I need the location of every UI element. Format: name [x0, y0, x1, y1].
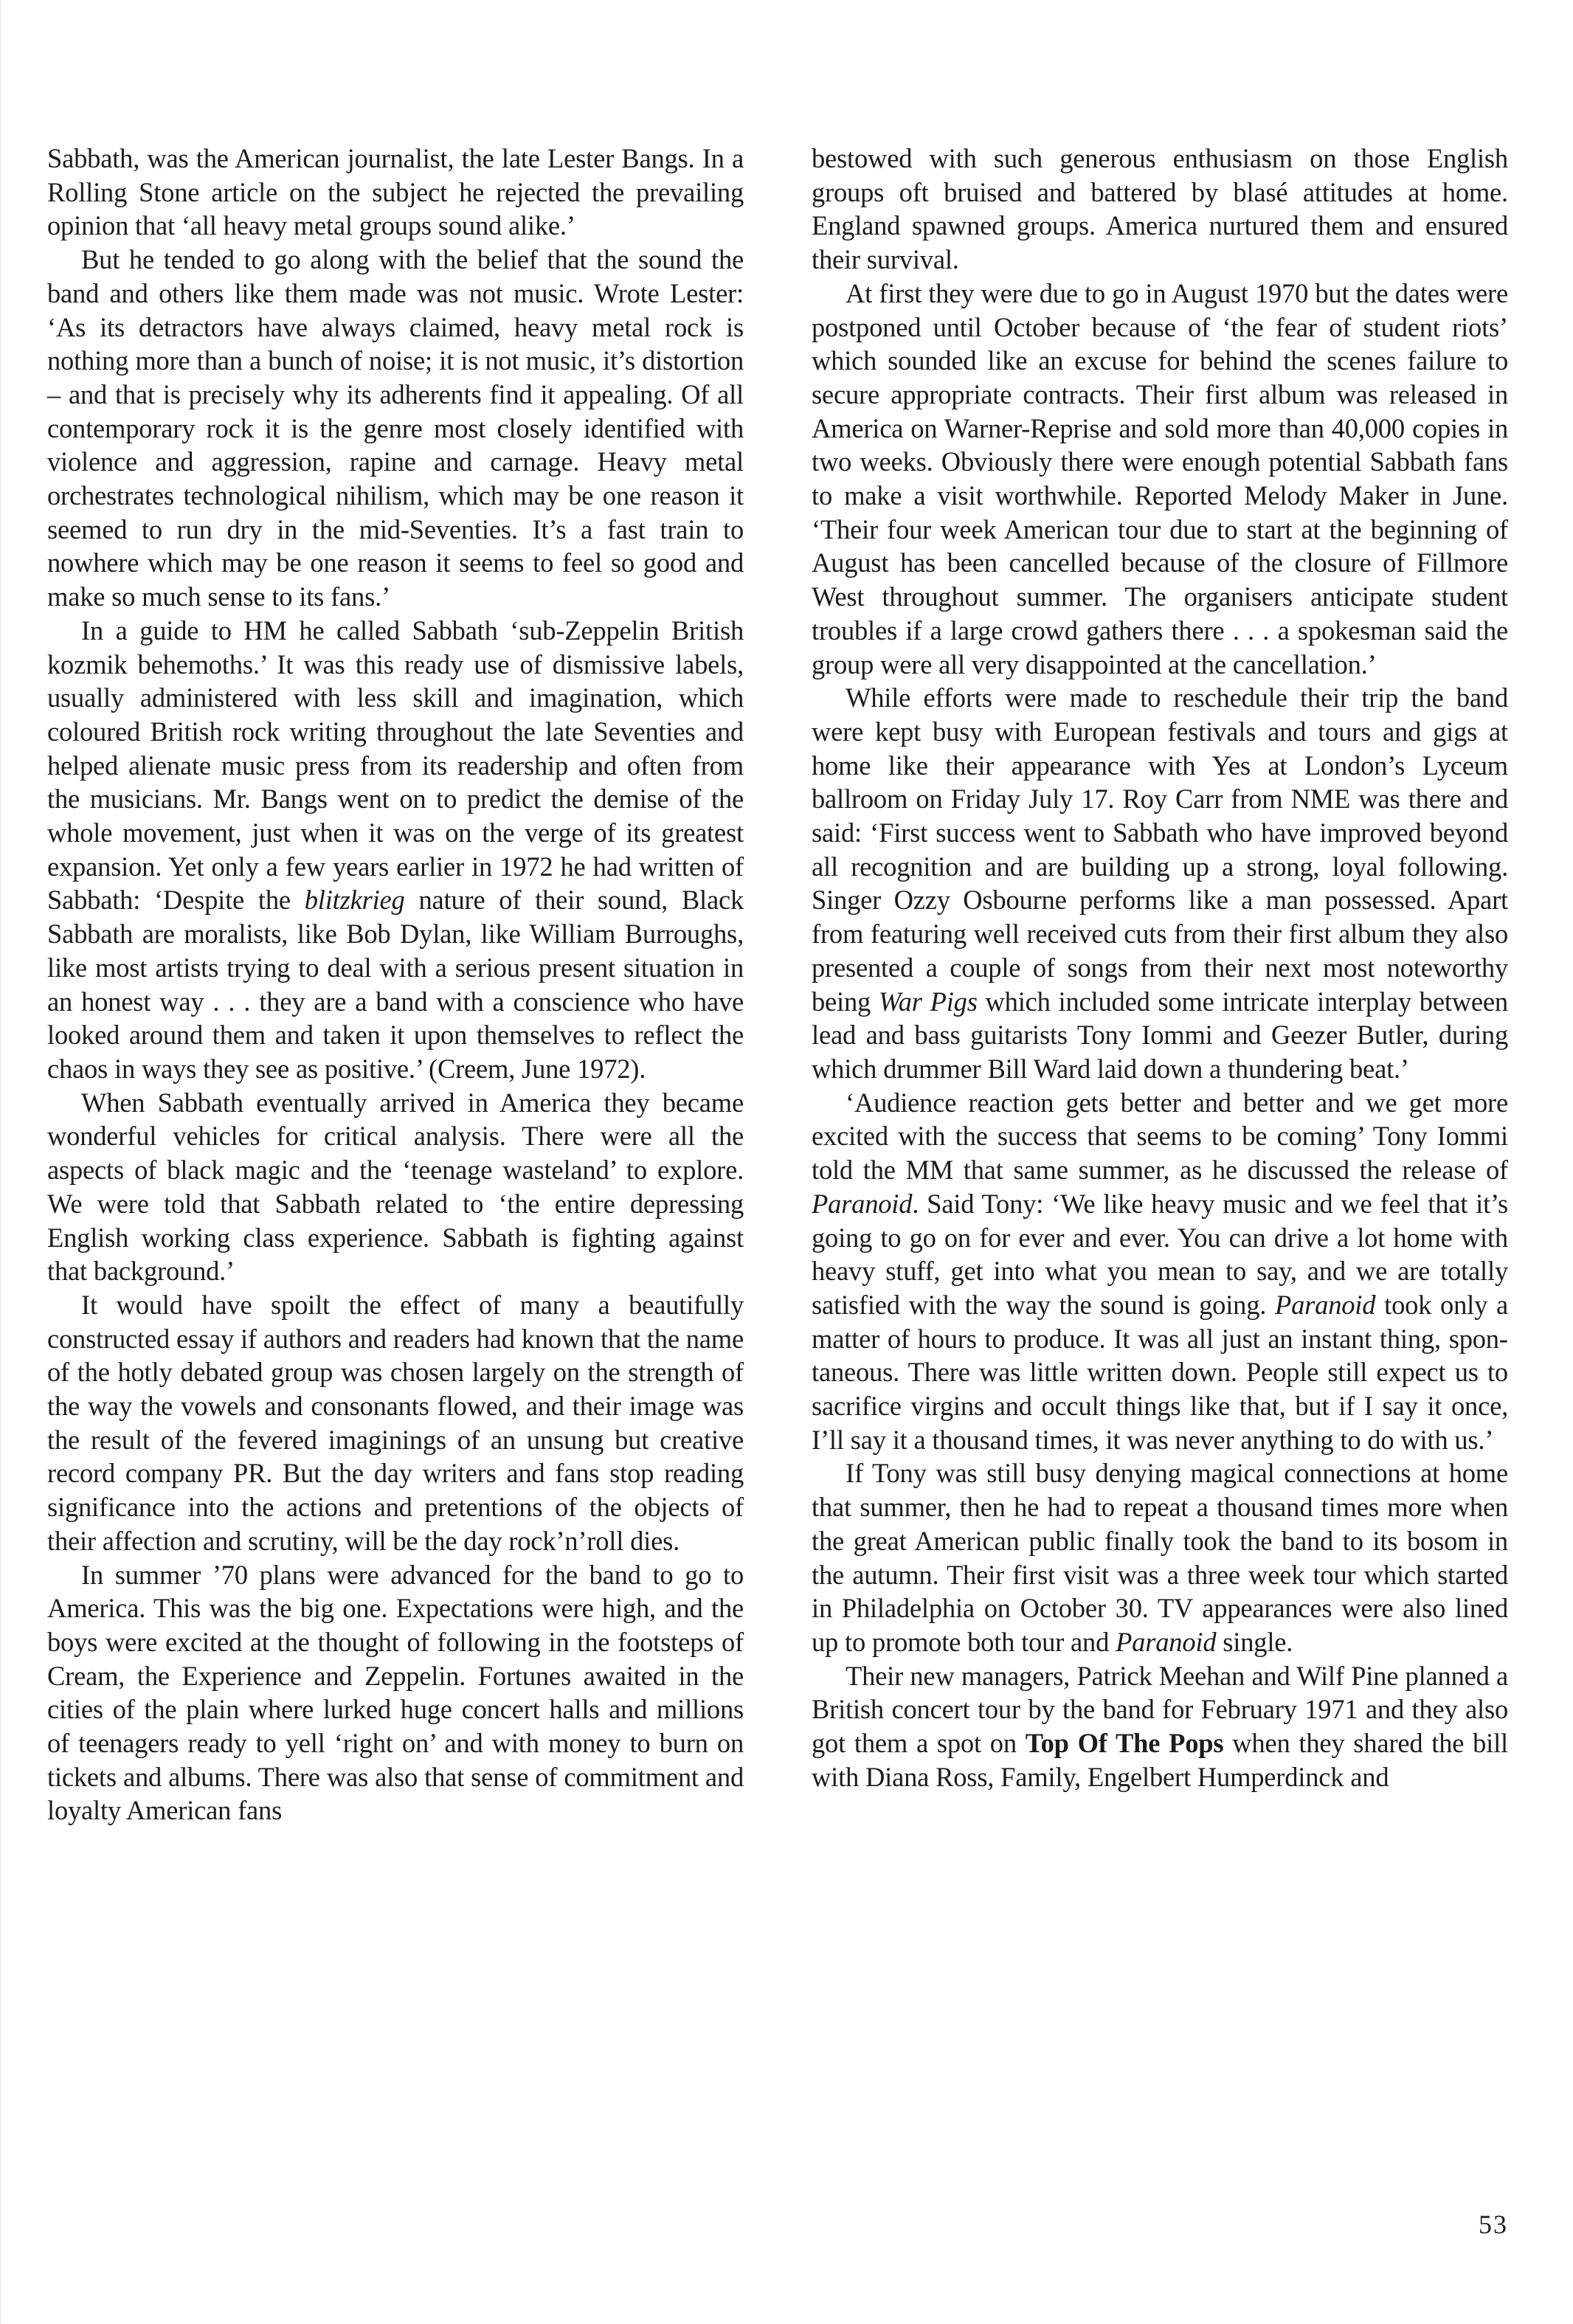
- text-italic: War Pigs: [879, 986, 978, 1017]
- text-run: In a guide to HM he called Sabbath ‘sub-…: [47, 615, 744, 916]
- paragraph: ‘Audience reaction gets better and bette…: [812, 1086, 1508, 1457]
- text-italic: Paranoid: [1116, 1627, 1216, 1657]
- page-number: 53: [1479, 2210, 1508, 2239]
- right-text-column: bestowed with such generous enthusiasm o…: [812, 142, 1508, 1794]
- paragraph: It would have spoilt the effect of many …: [47, 1288, 744, 1558]
- text-run: When Sabbath eventually arrived in Ameri…: [47, 1087, 744, 1287]
- text-italic: blitzkrieg: [305, 885, 405, 915]
- paragraph: But he tended to go along with the belie…: [47, 243, 744, 614]
- paragraph: Sabbath, was the American journalist, th…: [47, 142, 744, 243]
- text-run: ‘Audience reaction gets better and bette…: [812, 1087, 1508, 1185]
- text-run: Sabbath, was the American journalist, th…: [47, 143, 744, 241]
- paragraph: In a guide to HM he called Sabbath ‘sub-…: [47, 614, 744, 1086]
- text-run: But he tended to go along with the belie…: [47, 244, 744, 612]
- paragraph: If Tony was still busy denying magical c…: [812, 1456, 1508, 1659]
- text-run: bestowed with such generous enthusiasm o…: [812, 143, 1508, 274]
- text-italic: Paranoid: [1275, 1290, 1375, 1320]
- left-text-column: Sabbath, was the American journalist, th…: [47, 142, 744, 1827]
- text-run: While efforts were made to reschedule th…: [812, 682, 1508, 1016]
- text-run: single.: [1216, 1627, 1293, 1657]
- paragraph: bestowed with such generous enthusiasm o…: [812, 142, 1508, 277]
- page-edge-shadow: [0, 0, 2, 2324]
- text-italic: Paranoid: [812, 1189, 912, 1219]
- paragraph: In summer ’70 plans were advanced for th…: [47, 1558, 744, 1828]
- book-page: Sabbath, was the American journalist, th…: [0, 0, 1573, 2324]
- paragraph: At first they were due to go in August 1…: [812, 277, 1508, 681]
- text-bold: Top Of The Pops: [1026, 1728, 1224, 1758]
- text-run: In summer ’70 plans were advanced for th…: [47, 1560, 744, 1826]
- paragraph: While efforts were made to reschedule th…: [812, 681, 1508, 1085]
- paragraph: When Sabbath eventually arrived in Ameri…: [47, 1086, 744, 1288]
- text-run: At first they were due to go in August 1…: [812, 278, 1508, 679]
- text-run: It would have spoilt the effect of many …: [47, 1290, 744, 1556]
- paragraph: Their new managers, Patrick Meehan and W…: [812, 1659, 1508, 1794]
